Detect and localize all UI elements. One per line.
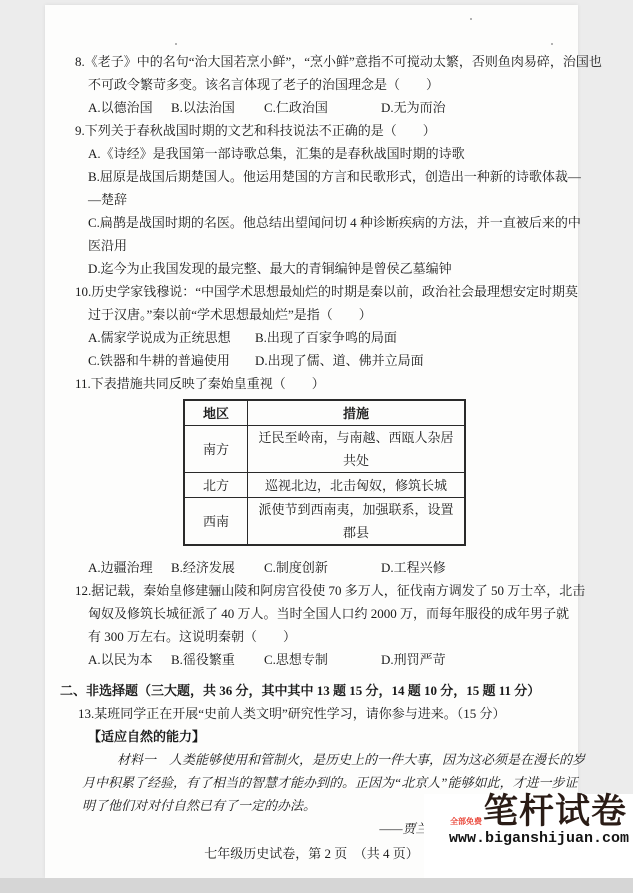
question-12-option-d: D.刑罚严苛: [381, 648, 446, 671]
watermark-brand: 笔杆试卷: [483, 794, 627, 831]
question-10-options-row1: A.儒家学说成为正统思想 B.出现了百家争鸣的局面: [45, 326, 578, 349]
question-10: 10.历史学家钱穆说：“中国学术思想最灿烂的时期是秦以前，政治社会最理想安定时期…: [45, 280, 578, 372]
scan-speck: [470, 18, 472, 20]
question-8-stem-line2: 不可政令繁苛多变。该名言体现了老子的治国理念是（ ）: [45, 73, 578, 96]
question-12-option-c: C.思想专制: [264, 648, 381, 671]
question-12-options: A.以民为本 B.徭役繁重 C.思想专制 D.刑罚严苛: [45, 648, 578, 671]
question-12-option-b: B.徭役繁重: [171, 648, 264, 671]
section-2-header: 二、非选择题（三大题，共 36 分，其中其中 13 题 15 分，14 题 10…: [45, 679, 578, 702]
scan-speck: [551, 43, 553, 45]
table-row: 西南 派使节到西南夷，加强联系，设置郡县: [184, 498, 465, 546]
question-8-option-d: D.无为而治: [381, 96, 446, 119]
question-13-bracket-heading: 【适应自然的能力】: [45, 725, 578, 748]
scan-speck: [175, 43, 177, 45]
question-8: 8.《老子》中的名句“治大国若烹小鲜”，“烹小鲜”意指不可搅动太繁，否则鱼肉易碎…: [45, 50, 578, 119]
table-header-measure: 措施: [248, 400, 466, 426]
question-8-option-a: A.以德治国: [88, 96, 171, 119]
question-12-option-a: A.以民为本: [88, 648, 171, 671]
question-12: 12.据记载，秦始皇修建骊山陵和阿房宫役使 70 多万人，征伐南方调发了 50 …: [45, 579, 578, 671]
question-9-option-c-line2: 医沿用: [45, 234, 578, 257]
table-cell-region-north: 北方: [184, 473, 248, 498]
question-12-stem-line3: 有 300 万左右。这说明秦朝（ ）: [45, 625, 578, 648]
question-10-option-d: D.出现了儒、道、佛并立局面: [255, 349, 424, 372]
table-cell-region-south: 南方: [184, 426, 248, 473]
question-11-option-a: A.边疆治理: [88, 556, 171, 579]
question-9-option-b-line1: B.屈原是战国后期楚国人。他运用楚国的方言和民歌形式，创造出一种新的诗歌体裁—: [45, 165, 578, 188]
question-10-option-a: A.儒家学说成为正统思想: [88, 326, 255, 349]
scan-bottom-edge: [0, 878, 633, 893]
question-11-option-c: C.制度创新: [264, 556, 381, 579]
table-cell-measure-south: 迁民至岭南，与南越、西瓯人杂居共处: [248, 426, 466, 473]
question-11-stem: 11.下表措施共同反映了秦始皇重视（ ）: [45, 372, 578, 395]
question-13-material-line1: 材料一 人类能够使用和管制火，是历史上的一件大事，因为这必须是在漫长的岁: [45, 748, 578, 771]
question-10-stem-line2: 过于汉唐。”秦以前“学术思想最灿烂”是指（ ）: [45, 303, 578, 326]
table-row: 北方 巡视北边，北击匈奴，修筑长城: [184, 473, 465, 498]
question-9-option-d: D.迄今为止我国发现的最完整、最大的青铜编钟是曾侯乙墓编钟: [45, 257, 578, 280]
question-13-stem: 13.某班同学正在开展“史前人类文明”研究性学习，请你参与进来。（15 分）: [45, 702, 578, 725]
question-9-option-b-line2: —楚辞: [45, 188, 578, 211]
question-10-option-b: B.出现了百家争鸣的局面: [255, 326, 397, 349]
exam-content: 8.《老子》中的名句“治大国若烹小鲜”，“烹小鲜”意指不可搅动太繁，否则鱼肉易碎…: [45, 5, 578, 865]
watermark-brand-row: 全部免费 笔杆试卷: [424, 794, 633, 831]
question-11-options: A.边疆治理 B.经济发展 C.制度创新 D.工程兴修: [45, 556, 578, 579]
table-cell-measure-southwest: 派使节到西南夷，加强联系，设置郡县: [248, 498, 466, 546]
question-10-stem-line1: 10.历史学家钱穆说：“中国学术思想最灿烂的时期是秦以前，政治社会最理想安定时期…: [45, 280, 578, 303]
question-8-option-c: C.仁政治国: [264, 96, 381, 119]
watermark-block: 全部免费 笔杆试卷 www.biganshijuan.com: [424, 794, 633, 878]
watermark-free-label: 全部免费: [450, 818, 482, 826]
question-8-stem-line1: 8.《老子》中的名句“治大国若烹小鲜”，“烹小鲜”意指不可搅动太繁，否则鱼肉易碎…: [45, 50, 578, 73]
q11-measures-table: 地区 措施 南方 迁民至岭南，与南越、西瓯人杂居共处 北方 巡视北边，北击匈奴，…: [183, 399, 466, 546]
exam-paper-page: 8.《老子》中的名句“治大国若烹小鲜”，“烹小鲜”意指不可搅动太繁，否则鱼肉易碎…: [45, 5, 578, 878]
question-13-material-line2: 月中积累了经验，有了相当的智慧才能办到的。正因为“北京人”能够如此，才进一步证: [45, 771, 578, 794]
question-8-options: A.以德治国 B.以法治国 C.仁政治国 D.无为而治: [45, 96, 578, 119]
question-11-option-d: D.工程兴修: [381, 556, 446, 579]
table-row: 南方 迁民至岭南，与南越、西瓯人杂居共处: [184, 426, 465, 473]
question-11-option-b: B.经济发展: [171, 556, 264, 579]
question-12-stem-line1: 12.据记载，秦始皇修建骊山陵和阿房宫役使 70 多万人，征伐南方调发了 50 …: [45, 579, 578, 602]
question-8-option-b: B.以法治国: [171, 96, 264, 119]
table-cell-measure-north: 巡视北边，北击匈奴，修筑长城: [248, 473, 466, 498]
question-10-options-row2: C.铁器和牛耕的普遍使用 D.出现了儒、道、佛并立局面: [45, 349, 578, 372]
table-cell-region-southwest: 西南: [184, 498, 248, 546]
question-12-stem-line2: 匈奴及修筑长城征派了 40 万人。当时全国人口约 2000 万，而每年服役的成年…: [45, 602, 578, 625]
watermark-url: www.biganshijuan.com: [424, 831, 633, 848]
question-9-option-c-line1: C.扁鹊是战国时期的名医。他总结出望闻问切 4 种诊断疾病的方法，并一直被后来的…: [45, 211, 578, 234]
table-header-region: 地区: [184, 400, 248, 426]
question-9-option-a: A.《诗经》是我国第一部诗歌总集，汇集的是春秋战国时期的诗歌: [45, 142, 578, 165]
question-9: 9.下列关于春秋战国时期的文艺和科技说法不正确的是（ ） A.《诗经》是我国第一…: [45, 119, 578, 280]
question-9-stem: 9.下列关于春秋战国时期的文艺和科技说法不正确的是（ ）: [45, 119, 578, 142]
question-11: 11.下表措施共同反映了秦始皇重视（ ） 地区 措施 南方 迁民至岭南，与南越、…: [45, 372, 578, 579]
table-header-row: 地区 措施: [184, 400, 465, 426]
question-10-option-c: C.铁器和牛耕的普遍使用: [88, 349, 255, 372]
